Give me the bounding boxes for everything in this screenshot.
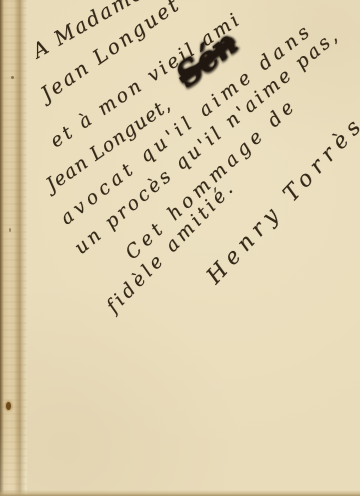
- foxing-speck: [11, 76, 14, 79]
- page-bottom-edge: [0, 490, 360, 496]
- book-page: A Madame — Jean Longuet et à mon vieil a…: [0, 0, 360, 496]
- foxing-speck: [9, 228, 11, 232]
- binding-gutter: [0, 0, 27, 496]
- foxing-speck: [6, 402, 11, 410]
